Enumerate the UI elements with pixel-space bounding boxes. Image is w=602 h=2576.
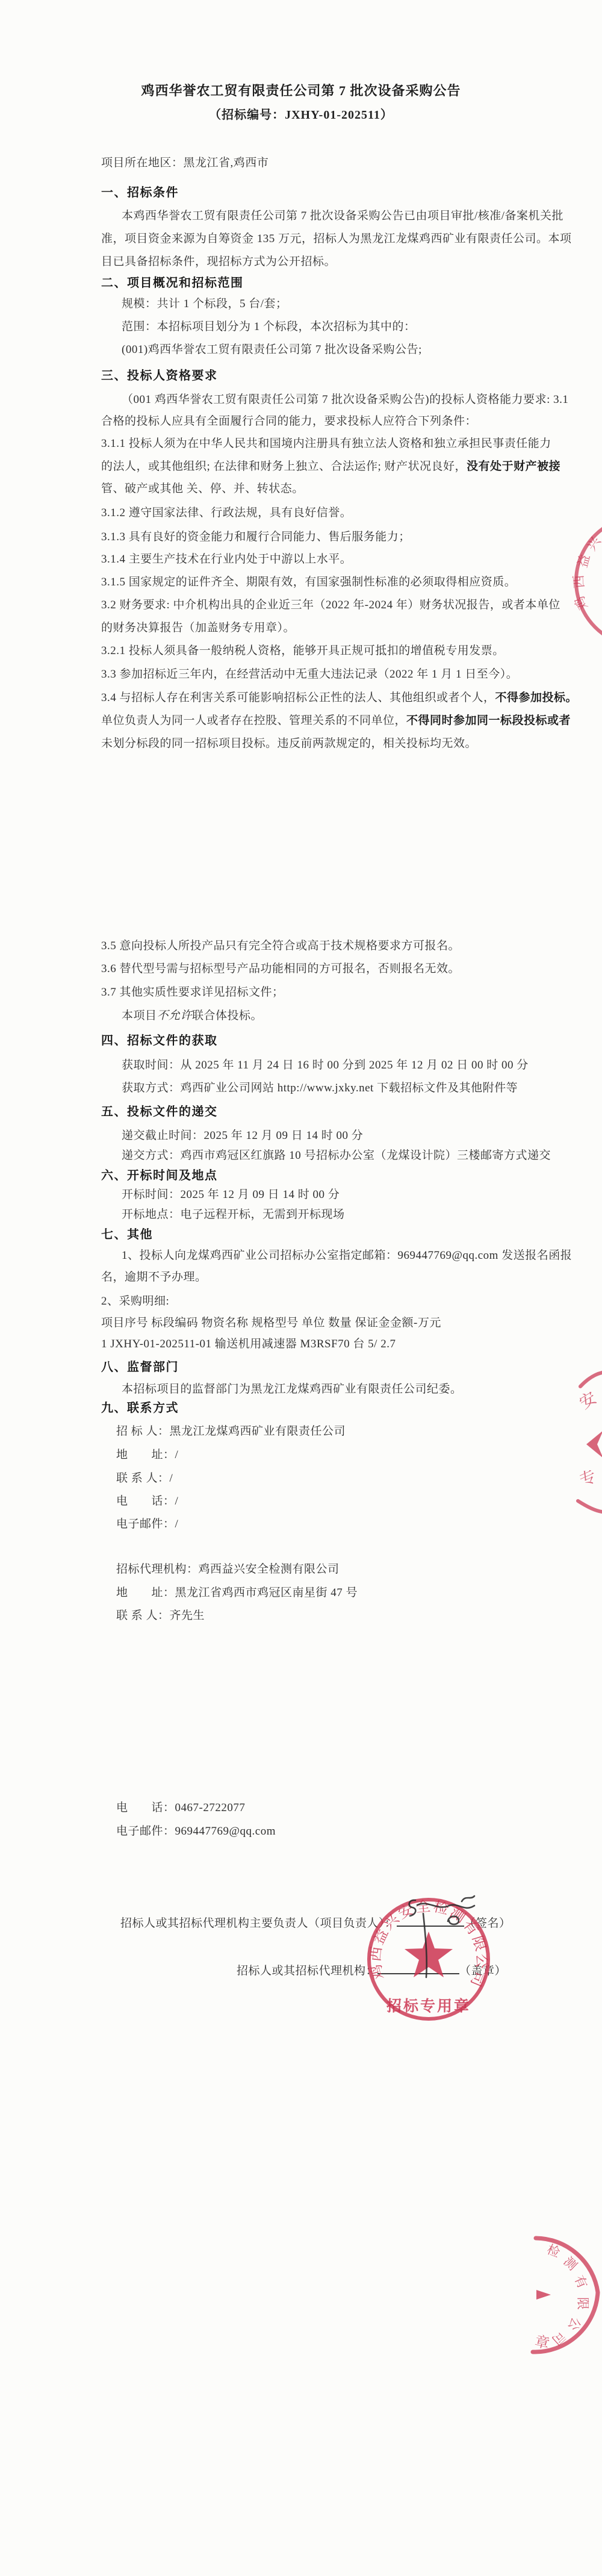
tenderer-address-row: 地 址：/: [116, 1449, 178, 1462]
tenderer-contact-value: /: [170, 1472, 173, 1485]
agency-round-stamp: 鸡西益兴安全检测有限公司 招标专用章: [358, 1887, 503, 2041]
tenderer-email-label: 电子邮件：: [116, 1518, 175, 1530]
tenderer-row: 招 标 人：黑龙江龙煤鸡西矿业有限责任公司: [116, 1425, 346, 1439]
scanned-tender-announcement-page: 鸡西华誉农工贸有限责任公司第 7 批次设备采购公告 （招标编号：JXHY-01-…: [0, 0, 602, 2576]
agency-email-value: 969447769@qq.com: [175, 1825, 276, 1838]
rule-3-1-1-line2: 的法人，或其他组织; 在法律和财务上独立、合法运作; 财产状况良好，没有处于财产…: [101, 460, 560, 474]
section1-line2: 准，项目资金来源为自筹资金 135 万元，招标人为黑龙江龙煤鸡西矿业有限责任公司…: [101, 232, 572, 246]
procurement-table-row: 1 JXHY-01-202511-01 输送机用减速器 M3RSF70 台 5/…: [101, 1338, 396, 1352]
signature-agency-label: 招标人或其招标代理机构：: [237, 1965, 377, 1977]
agency-contact-label: 联 系 人：: [116, 1609, 170, 1622]
jv-suffix: 联合体投标。: [192, 1009, 262, 1022]
bid-open-place: 开标地点：电子远程开标，无需到开标现场: [122, 1208, 345, 1222]
rule-3-1-4: 3.1.4 主要生产技术在行业内处于中游以上水平。: [101, 553, 352, 567]
jv-prefix: 本项目: [122, 1009, 157, 1022]
section3-intro1: （001 鸡西华誉农工贸有限责任公司第 7 批次设备采购公告)的投标人资格能力要…: [122, 393, 568, 407]
edge-stamp-char: 有: [571, 2273, 589, 2291]
edge-stamp-char: 西: [571, 575, 587, 589]
jv-not-allowed: 不允许: [157, 1009, 193, 1022]
stamp-star-icon: [405, 1932, 453, 1977]
section7-heading: 七、其他: [101, 1227, 153, 1242]
rule-3-4-line1: 3.4 与招标人存在利害关系可能影响招标公正性的法人、其他组织或者个人，不得参加…: [101, 691, 577, 705]
agency-contact-row: 联 系 人：齐先生: [116, 1609, 205, 1623]
rule-3-4-line1-bold: 不得参加投标。: [495, 691, 578, 704]
section1-line1: 本鸡西华誉农工贸有限责任公司第 7 批次设备采购公告已由项目审批/核准/备案机关…: [122, 210, 563, 223]
tenderer-email-row: 电子邮件：/: [116, 1518, 178, 1532]
tenderer-address-value: /: [175, 1449, 179, 1461]
rule-3-1-2: 3.1.2 遵守国家法律、行政法规，具有良好信誉。: [101, 507, 352, 520]
page-title: 鸡西华誉农工贸有限责任公司第 7 批次设备采购公告: [0, 83, 602, 99]
section2-scope: 范围：本招标项目划分为 1 个标段，本次招标为其中的：: [122, 320, 416, 334]
section9-heading: 九、联系方式: [101, 1401, 179, 1415]
procurement-table-header: 项目序号 标段编码 物资名称 规格型号 单位 数量 保证金金额-万元: [101, 1317, 441, 1330]
section1-heading: 一、招标条件: [101, 186, 179, 200]
section3-heading: 三、投标人资格要求: [101, 369, 218, 383]
other-note1-line2: 名，逾期不予办理。: [101, 1271, 207, 1285]
rule-3-5: 3.5 意向投标人所投产品只有完全符合或高于技术规格要求方可报名。: [101, 940, 460, 953]
edge-stamp-star-tip: [586, 1430, 602, 1458]
other-note1-line1: 1、投标人向龙煤鸡西矿业公司招标办公室指定邮箱：969447769@qq.com…: [122, 1249, 572, 1263]
agency-phone-label: 电 话：: [116, 1801, 175, 1814]
rule-3-1-1-line1: 3.1.1 投标人须为在中华人民共和国境内注册具有独立法人资格和独立承担民事责任…: [101, 437, 551, 451]
rule-3-4-line2-text: 单位负责人为同一人或者存在控股、管理关系的不同单位，: [101, 714, 406, 727]
rule-3-2-1: 3.2.1 投标人须具备一般纳税人资格，能够开具正规可抵扣的增值税专用发票。: [101, 644, 504, 658]
project-region: 项目所在地区：黑龙江省,鸡西市: [101, 157, 268, 170]
section5-heading: 五、投标文件的递交: [101, 1105, 218, 1119]
section1-line3: 目已具备招标条件，现招标方式为公开招标。: [101, 255, 336, 269]
agency-label: 招标代理机构：: [116, 1563, 199, 1576]
rule-3-4-line2: 单位负责人为同一人或者存在控股、管理关系的不同单位，不得同时参加同一标段投标或者: [101, 714, 571, 728]
stamp-bottom-text: 招标专用章: [386, 1997, 471, 2015]
agency-address-label: 地 址：: [116, 1586, 175, 1599]
rule-3-2-line1: 3.2 财务要求: 中介机构出具的企业近三年（2022 年-2024 年）财务状…: [101, 599, 560, 613]
doc-obtain-time: 获取时间：从 2025 年 11 月 24 日 16 时 00 分到 2025 …: [122, 1059, 529, 1073]
tenderer-address-label: 地 址：: [116, 1449, 175, 1461]
edge-stamp-char: 限: [576, 2297, 590, 2310]
agency-stamp-graphic: 鸡西益兴安全检测有限公司 招标专用章: [358, 1887, 503, 2038]
bid-submit-deadline: 递交截止时间：2025 年 12 月 09 日 14 时 00 分: [122, 1129, 363, 1143]
edge-stamp-bottom-graphic: 检 测 有 限 公 司 章: [515, 2227, 602, 2363]
edge-stamp-char: 安: [576, 1388, 600, 1412]
section2-heading: 二、项目概况和招标范围: [101, 276, 244, 290]
rule-3-4-line3: 未划分标段的同一招标项目投标。违反前两款规定的，相关投标均无效。: [101, 737, 477, 751]
rule-3-4-line1-text: 3.4 与招标人存在利害关系可能影响招标公正性的法人、其他组织或者个人，: [101, 691, 495, 704]
agency-email-label: 电子邮件：: [116, 1825, 175, 1838]
edge-stamp-upper: 鸡 西 益 兴: [560, 523, 602, 653]
tenderer-value: 黑龙江龙煤鸡西矿业有限责任公司: [170, 1425, 346, 1438]
agency-value: 鸡西益兴安全检测有限公司: [199, 1563, 340, 1576]
section2-lot: (001)鸡西华誉农工贸有限责任公司第 7 批次设备采购公告;: [122, 343, 422, 357]
rule-3-3: 3.3 参加招标近三年内，在经营活动中无重大违法记录（2022 年 1 月 1 …: [101, 668, 518, 682]
edge-stamp-bottom: 检 测 有 限 公 司 章: [515, 2227, 602, 2366]
tenderer-phone-label: 电 话：: [116, 1495, 175, 1508]
tenderer-phone-row: 电 话：/: [116, 1495, 178, 1509]
agency-phone-value: 0467-2722077: [175, 1801, 246, 1814]
doc-obtain-method: 获取方式：鸡西矿业公司网站 http://www.jxky.net 下载招标文件…: [122, 1082, 518, 1096]
edge-stamp-char: 专: [577, 1467, 599, 1489]
edge-stamp-middle-graphic: 安 专: [560, 1366, 602, 1518]
rule-3-1-1-line2-text: 的法人，或其他组织; 在法律和财务上独立、合法运作; 财产状况良好，: [101, 460, 467, 473]
agency-row: 招标代理机构：鸡西益兴安全检测有限公司: [116, 1563, 340, 1577]
agency-address-row: 地 址：黑龙江省鸡西市鸡冠区南星街 47 号: [116, 1586, 358, 1600]
rule-3-1-3: 3.1.3 具有良好的资金能力和履行合同能力、售后服务能力；: [101, 531, 411, 544]
tenderer-phone-value: /: [175, 1495, 179, 1508]
agency-email-row: 电子邮件：969447769@qq.com: [116, 1825, 276, 1839]
edge-stamp-middle: 安 专: [560, 1366, 602, 1521]
tenderer-label: 招 标 人：: [116, 1425, 170, 1438]
bid-submit-method: 递交方式：鸡西市鸡冠区红旗路 10 号招标办公室（龙煤设计院）三楼邮寄方式递交: [122, 1149, 551, 1163]
section6-heading: 六、开标时间及地点: [101, 1168, 218, 1183]
rule-3-2-line2: 的财务决算报告（加盖财务专用章）。: [101, 622, 295, 635]
rule-3-6: 3.6 替代型号需与招标型号产品功能相同的方可报名，否则报名无效。: [101, 962, 460, 976]
agency-phone-row: 电 话：0467-2722077: [116, 1801, 245, 1815]
edge-stamp-star-tip: [536, 2290, 551, 2300]
rule-3-4-line2-bold: 不得同时参加同一标段投标或者: [406, 714, 571, 727]
tenderer-email-value: /: [175, 1518, 179, 1530]
rule-3-1-1-line3: 管、破产或其他 关、停、并、转状态。: [101, 482, 304, 496]
edge-stamp-char: 兴: [584, 534, 602, 554]
bid-open-time: 开标时间：2025 年 12 月 09 日 14 时 00 分: [122, 1188, 340, 1202]
tender-number: （招标编号：JXHY-01-202511）: [0, 108, 602, 122]
section4-heading: 四、招标文件的获取: [101, 1034, 218, 1048]
section2-scale: 规模：共计 1 个标段，5 台/套；: [122, 298, 288, 311]
agency-contact-value: 齐先生: [170, 1609, 205, 1622]
signature-principal-label: 招标人或其招标代理机构主要负责人（项目负责人）：: [120, 1917, 397, 1930]
rule-3-7: 3.7 其他实质性要求详见招标文件；: [101, 986, 284, 1000]
supervision-body: 本招标项目的监督部门为黑龙江龙煤鸡西矿业有限责任公司纪委。: [122, 1383, 462, 1397]
joint-venture-note: 本项目不允许联合体投标。: [122, 1009, 262, 1023]
other-note2: 2、采购明细:: [101, 1295, 169, 1309]
tenderer-contact-row: 联 系 人：/: [116, 1472, 173, 1486]
edge-stamp-char: 测: [561, 2254, 580, 2273]
edge-stamp-char: 鸡: [572, 594, 591, 613]
edge-stamp-upper-graphic: 鸡 西 益 兴: [560, 523, 602, 650]
section8-heading: 八、监督部门: [101, 1360, 179, 1374]
tenderer-contact-label: 联 系 人：: [116, 1472, 170, 1485]
section3-intro2: 合格的投标人应具有全面履行合同的能力，要求投标人应符合下列条件：: [101, 415, 477, 429]
agency-address-value: 黑龙江省鸡西市鸡冠区南星街 47 号: [175, 1586, 358, 1599]
rule-3-1-5: 3.1.5 国家规定的证件齐全、期限有效，有国家强制性标准的必须取得相应资质。: [101, 576, 516, 590]
rule-3-1-1-line2-bold: 没有处于财产被接: [467, 460, 560, 473]
